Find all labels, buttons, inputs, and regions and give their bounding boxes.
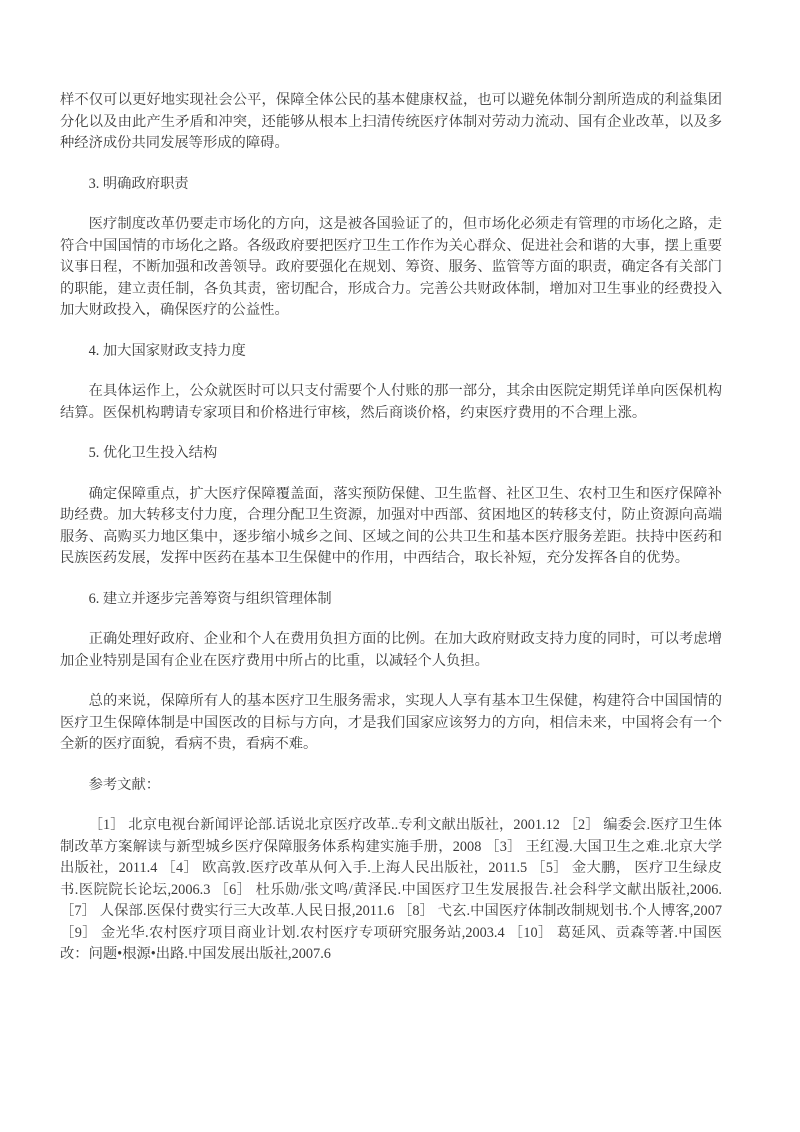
section-heading-4: 4. 加大国家财政支持力度 (60, 341, 722, 363)
paragraph-section-4: 在具体运作上，公众就医时可以只支付需要个人付账的那一部分，其余由医院定期凭详单向… (60, 381, 722, 424)
paragraph-continuation: 样不仅可以更好地实现社会公平，保障全体公民的基本健康权益，也可以避免体制分割所造… (60, 90, 722, 155)
document-page: 样不仅可以更好地实现社会公平，保障全体公民的基本健康权益，也可以避免体制分割所造… (0, 0, 800, 1132)
paragraph-section-6: 正确处理好政府、企业和个人在费用负担方面的比例。在加大政府财政支持力度的同时，可… (60, 629, 722, 672)
section-heading-5: 5. 优化卫生投入结构 (60, 443, 722, 465)
references-list: ［1］ 北京电视台新闻评论部.话说北京医疗改革..专利文献出版社，2001.12… (60, 815, 722, 966)
paragraph-section-5: 确定保障重点，扩大医疗保障覆盖面，落实预防保健、卫生监督、社区卫生、农村卫生和医… (60, 484, 722, 570)
references-label: 参考文献： (60, 775, 722, 797)
paragraph-section-3: 医疗制度改革仍要走市场化的方向，这是被各国验证了的，但市场化必须走有管理的市场化… (60, 214, 722, 322)
section-heading-6: 6. 建立并逐步完善筹资与组织管理体制 (60, 589, 722, 611)
section-heading-3: 3. 明确政府职责 (60, 174, 722, 196)
paragraph-conclusion: 总的来说，保障所有人的基本医疗卫生服务需求，实现人人享有基本卫生保健，构建符合中… (60, 691, 722, 756)
